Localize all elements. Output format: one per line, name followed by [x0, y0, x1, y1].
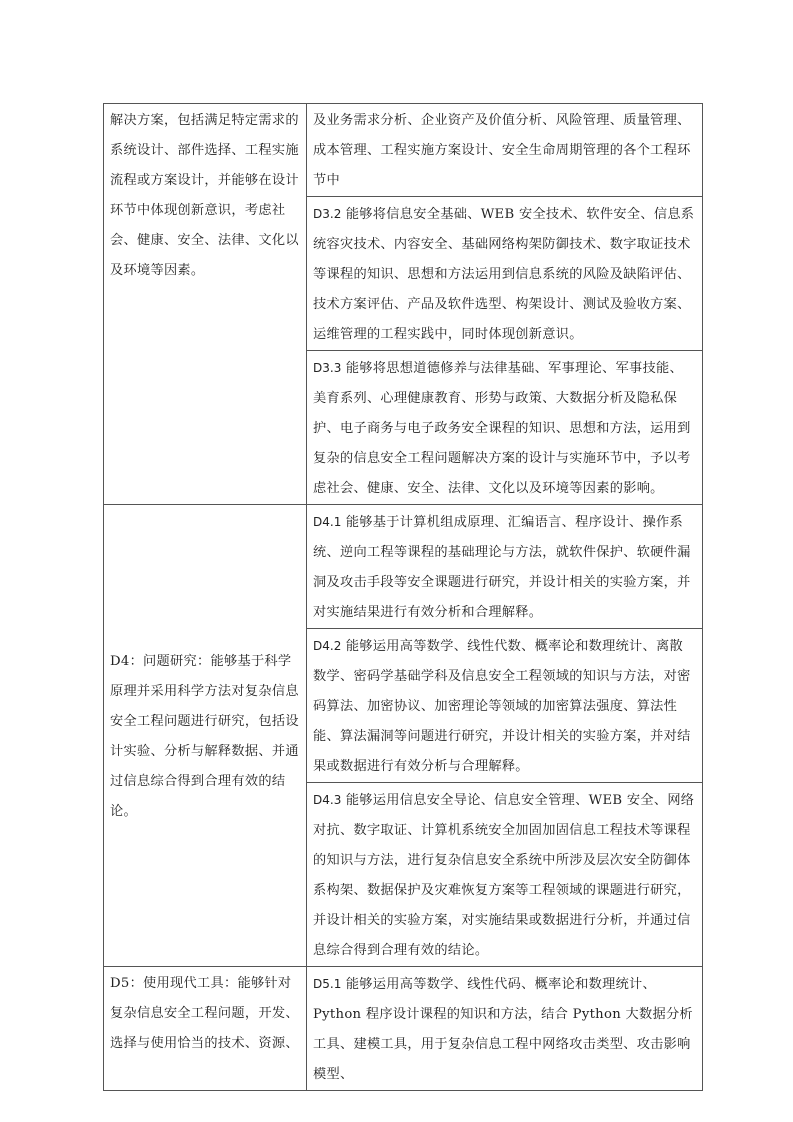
- indicator-code: D5.1: [313, 977, 341, 991]
- requirements-table: 解决方案，包括满足特定需求的系统设计、部件选择、工程实施流程或方案设计，并能够在…: [103, 103, 703, 1091]
- indicator-code: D4.3: [313, 793, 341, 807]
- requirement-text: 解决方案，包括满足特定需求的系统设计、部件选择、工程实施流程或方案设计，并能够在…: [110, 113, 299, 278]
- table-row: D5：使用现代工具：能够针对复杂信息安全工程问题，开发、选择与使用恰当的技术、资…: [104, 967, 703, 1091]
- indicator-code: D3.3: [313, 361, 341, 375]
- indicator-d3-3-cell: D3.3 能够将思想道德修养与法律基础、军事理论、军事技能、美育系列、心理健康教…: [307, 351, 703, 505]
- indicator-text: 能够将思想道德修养与法律基础、军事理论、军事技能、美育系列、心理健康教育、形势与…: [313, 361, 691, 496]
- indicator-d5-1-cell: D5.1 能够运用高等数学、线性代码、概率论和数理统计、Python 程序设计课…: [307, 967, 703, 1091]
- indicator-d3-2-cell: D3.2 能够将信息安全基础、WEB 安全技术、软件安全、信息系统容灾技术、内容…: [307, 197, 703, 351]
- indicator-text: 能够将信息安全基础、WEB 安全技术、软件安全、信息系统容灾技术、内容安全、基础…: [313, 207, 694, 342]
- requirement-text: D5：使用现代工具：能够针对复杂信息安全工程问题，开发、选择与使用恰当的技术、资…: [110, 976, 299, 1051]
- indicator-text: 能够基于计算机组成原理、汇编语言、程序设计、操作系统、逆向工程等课程的基础理论与…: [313, 515, 691, 620]
- indicator-cell: 及业务需求分析、企业资产及价值分析、风险管理、质量管理、成本管理、工程实施方案设…: [307, 104, 703, 197]
- requirement-d3-cell: 解决方案，包括满足特定需求的系统设计、部件选择、工程实施流程或方案设计，并能够在…: [104, 104, 307, 505]
- indicator-text: 及业务需求分析、企业资产及价值分析、风险管理、质量管理、成本管理、工程实施方案设…: [313, 113, 691, 188]
- requirement-d4-cell: D4：问题研究：能够基于科学原理并采用科学方法对复杂信息安全工程问题进行研究，包…: [104, 505, 307, 967]
- indicator-text: 能够运用高等数学、线性代码、概率论和数理统计、Python 程序设计课程的知识和…: [313, 977, 693, 1082]
- indicator-d4-3-cell: D4.3 能够运用信息安全导论、信息安全管理、WEB 安全、网络对抗、数字取证、…: [307, 783, 703, 967]
- requirement-d5-cell: D5：使用现代工具：能够针对复杂信息安全工程问题，开发、选择与使用恰当的技术、资…: [104, 967, 307, 1091]
- table-row: D4：问题研究：能够基于科学原理并采用科学方法对复杂信息安全工程问题进行研究，包…: [104, 505, 703, 629]
- indicator-text: 能够运用高等数学、线性代数、概率论和数理统计、离散数学、密码学基础学科及信息安全…: [313, 639, 691, 774]
- indicator-code: D3.2: [313, 207, 341, 221]
- table-row: 解决方案，包括满足特定需求的系统设计、部件选择、工程实施流程或方案设计，并能够在…: [104, 104, 703, 197]
- indicator-code: D4.1: [313, 515, 341, 529]
- indicator-d4-2-cell: D4.2 能够运用高等数学、线性代数、概率论和数理统计、离散数学、密码学基础学科…: [307, 629, 703, 783]
- indicator-text: 能够运用信息安全导论、信息安全管理、WEB 安全、网络对抗、数字取证、计算机系统…: [313, 793, 694, 958]
- indicator-d4-1-cell: D4.1 能够基于计算机组成原理、汇编语言、程序设计、操作系统、逆向工程等课程的…: [307, 505, 703, 629]
- indicator-code: D4.2: [313, 639, 341, 653]
- requirement-text: D4：问题研究：能够基于科学原理并采用科学方法对复杂信息安全工程问题进行研究，包…: [110, 654, 299, 819]
